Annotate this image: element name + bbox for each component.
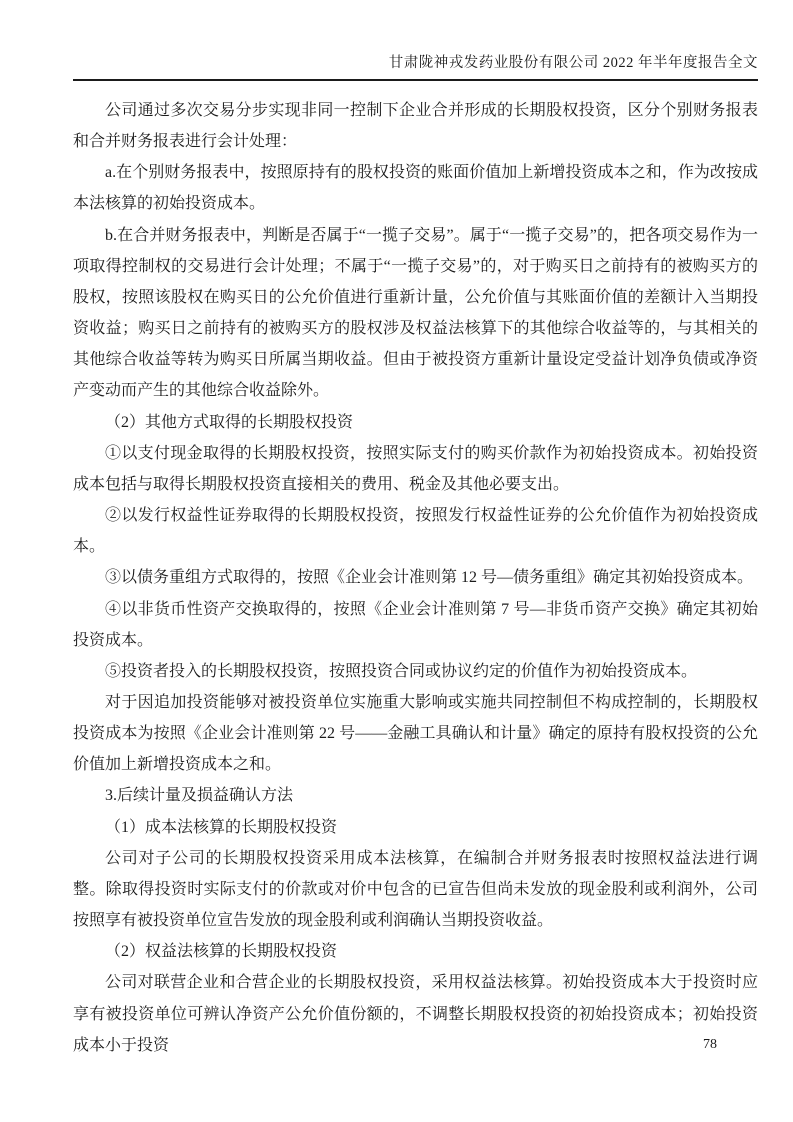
paragraph: ⑤投资者投入的长期股权投资，按照投资合同或协议约定的价值作为初始投资成本。: [73, 656, 758, 687]
paragraph-section-heading: （2）其他方式取得的长期股权投资: [73, 407, 758, 438]
paragraph: 公司对子公司的长期股权投资采用成本法核算，在编制合并财务报表时按照权益法进行调整…: [73, 843, 758, 936]
paragraph-section-heading: （1）成本法核算的长期股权投资: [73, 812, 758, 843]
report-title: 甘肃陇神戎发药业股份有限公司 2022 年半年度报告全文: [389, 55, 758, 71]
paragraph-section-heading: 3.后续计量及损益确认方法: [73, 780, 758, 811]
page-header: 甘肃陇神戎发药业股份有限公司 2022 年半年度报告全文: [73, 51, 758, 81]
paragraph: ④以非货币性资产交换取得的，按照《企业会计准则第 7 号—非货币资产交换》确定其…: [73, 594, 758, 656]
paragraph: b.在合并财务报表中，判断是否属于“一揽子交易”。属于“一揽子交易”的，把各项交…: [73, 220, 758, 407]
paragraph: 对于因追加投资能够对被投资单位实施重大影响或实施共同控制但不构成控制的，长期股权…: [73, 687, 758, 780]
paragraph: 公司对联营企业和合营企业的长期股权投资，采用权益法核算。初始投资成本大于投资时应…: [73, 967, 758, 1060]
paragraph: ③以债务重组方式取得的，按照《企业会计准则第 12 号—债务重组》确定其初始投资…: [73, 562, 758, 593]
paragraph: a.在个别财务报表中，按照原持有的股权投资的账面价值加上新增投资成本之和，作为改…: [73, 157, 758, 219]
report-page: 甘肃陇神戎发药业股份有限公司 2022 年半年度报告全文 公司通过多次交易分步实…: [0, 0, 793, 1122]
paragraph-section-heading: （2）权益法核算的长期股权投资: [73, 936, 758, 967]
document-body: 公司通过多次交易分步实现非同一控制下企业合并形成的长期股权投资，区分个别财务报表…: [73, 95, 758, 1061]
page-number: 78: [703, 1037, 717, 1053]
paragraph: ②以发行权益性证券取得的长期股权投资，按照发行权益性证券的公允价值作为初始投资成…: [73, 500, 758, 562]
paragraph: 公司通过多次交易分步实现非同一控制下企业合并形成的长期股权投资，区分个别财务报表…: [73, 95, 758, 157]
paragraph: ①以支付现金取得的长期股权投资，按照实际支付的购买价款作为初始投资成本。初始投资…: [73, 438, 758, 500]
